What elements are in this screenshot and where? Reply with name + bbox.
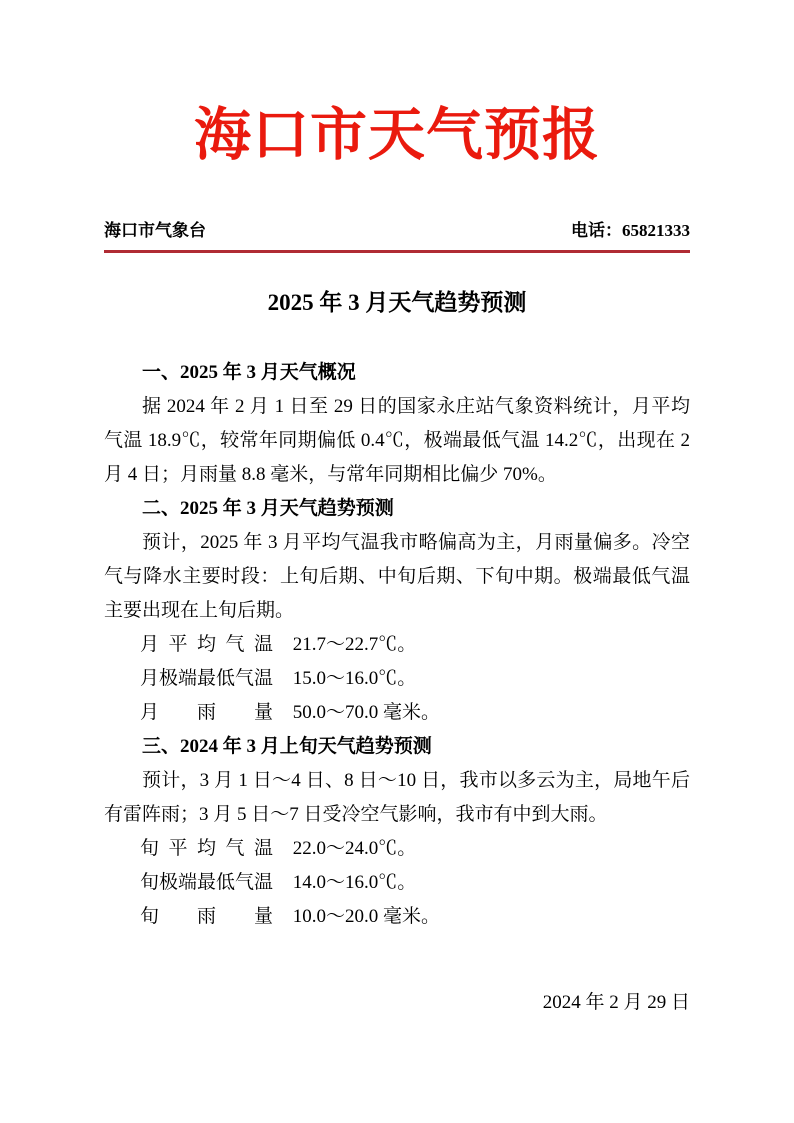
stat-value: 15.0～16.0℃。: [293, 668, 417, 689]
stat-value: 14.0～16.0℃。: [293, 872, 417, 893]
stat-label: 月雨量: [140, 696, 273, 730]
section-3-paragraph-1: 预计，3 月 1 日～4 日、8 日～10 日，我市以多云为主，局地午后有雷阵雨…: [104, 764, 690, 832]
section-2-paragraph-1: 预计，2025 年 3 月平均气温我市略偏高为主，月雨量偏多。冷空气与降水主要时…: [104, 526, 690, 628]
letterhead-rule: [104, 250, 690, 253]
section-early-month-trend: 三、2024 年 3 月上旬天气趋势预测 预计，3 月 1 日～4 日、8 日～…: [104, 730, 690, 934]
stat-row-tenday-min-temp: 旬极端最低气温 14.0～16.0℃。: [104, 866, 690, 900]
section-1-paragraph-1: 据 2024 年 2 月 1 日至 29 日的国家永庄站气象资料统计，月平均气温…: [104, 390, 690, 492]
letterhead-title: 海口市天气预报: [104, 96, 690, 174]
section-overview: 一、2025 年 3 月天气概况 据 2024 年 2 月 1 日至 29 日的…: [104, 356, 690, 492]
section-2-heading: 二、2025 年 3 月天气趋势预测: [104, 492, 690, 526]
stat-value: 22.0～24.0℃。: [293, 838, 417, 859]
stat-label: 旬平均气温: [140, 832, 273, 866]
stat-value: 10.0～20.0 毫米。: [293, 906, 440, 927]
stat-row-tenday-rainfall: 旬雨量 10.0～20.0 毫米。: [104, 900, 690, 934]
section-month-trend: 二、2025 年 3 月天气趋势预测 预计，2025 年 3 月平均气温我市略偏…: [104, 492, 690, 730]
org-name: 海口市气象台: [104, 218, 206, 244]
stat-label: 月极端最低气温: [140, 662, 273, 696]
document-body: 一、2025 年 3 月天气概况 据 2024 年 2 月 1 日至 29 日的…: [104, 356, 690, 934]
phone-number: 电话：65821333: [571, 218, 690, 244]
stat-value: 21.7～22.7℃。: [293, 634, 417, 655]
document-content: 海口市天气预报 海口市气象台 电话：65821333 2025 年 3 月天气趋…: [0, 96, 794, 1020]
stat-row-month-min-temp: 月极端最低气温 15.0～16.0℃。: [104, 662, 690, 696]
stat-label: 旬极端最低气温: [140, 866, 273, 900]
stat-row-month-rainfall: 月雨量 50.0～70.0 毫米。: [104, 696, 690, 730]
letterhead-row: 海口市气象台 电话：65821333: [104, 218, 690, 244]
stat-label: 旬雨量: [140, 900, 273, 934]
section-3-heading: 三、2024 年 3 月上旬天气趋势预测: [104, 730, 690, 764]
stat-row-tenday-avg-temp: 旬平均气温 22.0～24.0℃。: [104, 832, 690, 866]
document-heading: 2025 年 3 月天气趋势预测: [104, 287, 690, 319]
stat-label: 月平均气温: [140, 628, 273, 662]
section-1-heading: 一、2025 年 3 月天气概况: [104, 356, 690, 390]
stat-row-month-avg-temp: 月平均气温 21.7～22.7℃。: [104, 628, 690, 662]
document-page: 海口市天气预报 海口市气象台 电话：65821333 2025 年 3 月天气趋…: [0, 0, 794, 1123]
stat-value: 50.0～70.0 毫米。: [293, 702, 440, 723]
issue-date: 2024 年 2 月 29 日: [104, 986, 690, 1020]
